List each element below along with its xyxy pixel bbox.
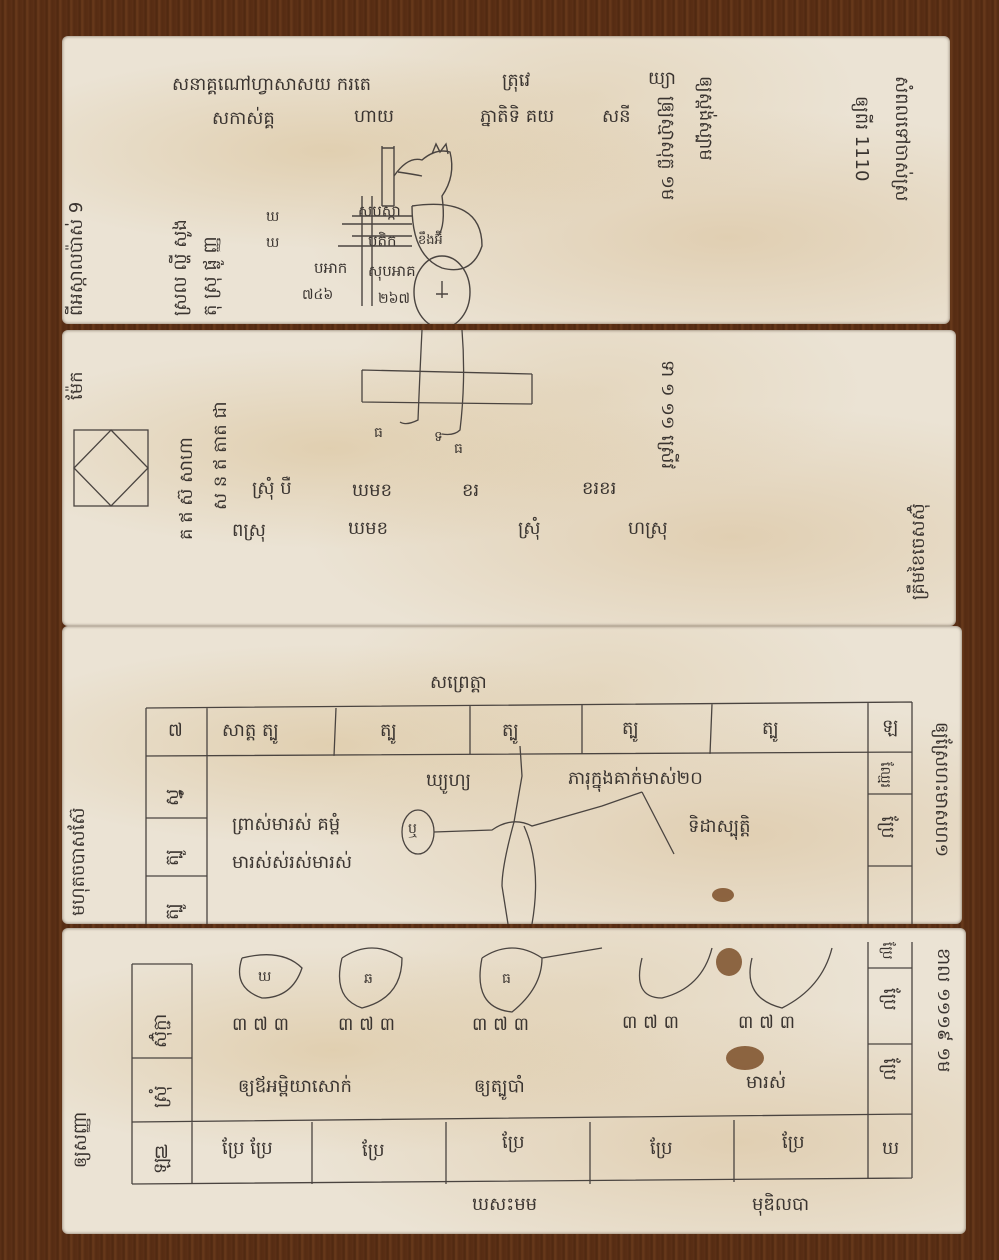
left-cell: ត្បូ xyxy=(164,826,182,866)
panel3-text1: ឃ្យូហ្យ xyxy=(426,772,471,790)
left-cell: ស្រុំ xyxy=(152,1068,170,1108)
right-cell: ប្រែ xyxy=(880,988,898,1028)
animal-label: ឆ xyxy=(364,972,373,986)
manuscript-panel-1: សនាគ្គណៅហ្វាសាសយ ករតេ ត្រុវេ យ្យា សកាស់គ… xyxy=(62,36,950,324)
right-cell: ប្រែ xyxy=(880,1058,898,1098)
panel4-text1: ឲ្យឪអម្ពិយាសោក់ xyxy=(238,1078,352,1096)
panel4-text2: ឲ្យត្បូបាំ xyxy=(474,1078,525,1096)
footer-cell: ៧ xyxy=(154,1144,169,1162)
right-cell: ប្រែ xyxy=(878,816,896,856)
left-cell: ស៊ុំក្ជា xyxy=(152,978,170,1048)
digit-row: ៣ ៧ ៣ xyxy=(622,1014,679,1032)
panel3-table-grid xyxy=(62,626,962,924)
header-cell: ត្បូ xyxy=(380,722,397,740)
manuscript-panel-2: ម៉ែក គ ឥ ស៊ សាហា ស ន ឥ តាត ជា ស្រុំ បឺ ឃ… xyxy=(62,330,956,626)
header-cell: ត្បូ xyxy=(622,720,639,738)
right-cell: ប្រែ xyxy=(880,942,894,966)
ink-stain xyxy=(726,1046,764,1070)
panel3-text4: មារស់ស់រស់មារស់ xyxy=(232,854,352,872)
footer-cell: ប្រែ xyxy=(362,1142,385,1160)
panel3-text5: ទិដាស្បុត្តិ xyxy=(688,818,751,836)
left-cell: សូ្វ xyxy=(164,766,182,806)
panel3-left-edge: មហុតចបាសស៊ែ xyxy=(70,716,88,916)
panel3-text3: ព្រាស់មារស់ គម្ពំ xyxy=(232,816,340,834)
digit-row: ៣ ៧ ៣ xyxy=(738,1014,795,1032)
diamond-diagram-icon xyxy=(62,330,956,626)
panel4-left-edge: ឲ្យសញ្ញា xyxy=(72,1068,90,1168)
figure-drawing-bird-man-icon xyxy=(62,36,950,324)
panel4-text3: មារស់ xyxy=(746,1074,786,1092)
header-cell: ឡ xyxy=(882,718,898,736)
panel3-text2: ភារុក្នុងគាក់មាស់២០ xyxy=(568,770,703,788)
panel3-right-edge: ឲ្យស្រែហះមាសហ១ xyxy=(932,722,950,912)
digit-row: ៣ ៧ ៣ xyxy=(338,1016,395,1034)
panel4-below1: ឃសះមម xyxy=(472,1196,537,1214)
footer-cell: ឃ xyxy=(882,1140,899,1158)
animal-label: ឃ xyxy=(258,970,271,984)
footer-cell: ប្រែ xyxy=(782,1134,805,1152)
left-cell: ត្បូ xyxy=(164,884,182,920)
header-cell: ត្បូ xyxy=(762,720,779,738)
footer-cell: ប្រែ ប្រែ xyxy=(222,1140,273,1158)
digit-row: ៣ ៧ ៣ xyxy=(472,1016,529,1034)
panel4-right-edge: ខាល ១១១៩ ១ម xyxy=(934,948,952,1128)
manuscript-panel-4: ឃ ឆ ធ ៣ ៧ ៣ ៣ ៧ ៣ ៣ ៧ ៣ ៣ ៧ ៣ ៣ ៧ ៣ ឲ្យឪ… xyxy=(62,928,966,1234)
ink-stain xyxy=(712,888,734,902)
header-cell: ត្បូ xyxy=(502,722,519,740)
shield-label: ឬ xyxy=(408,822,417,836)
footer-cell: ប្រែ xyxy=(650,1140,673,1158)
digit-row: ៣ ៧ ៣ xyxy=(232,1016,289,1034)
animal-label: ធ xyxy=(502,972,511,986)
header-cell: ៧ xyxy=(168,722,183,740)
header-cell: សាត្ត ត្បូ xyxy=(222,722,279,740)
footer-cell: ប្រែ xyxy=(502,1134,525,1152)
ink-stain xyxy=(716,948,742,976)
right-cell: ឈ្មែរ xyxy=(878,762,892,792)
panel4-below2: មុឌិលបា xyxy=(752,1196,809,1214)
manuscript-panel-3: សព្រេត្តា ៧ សាត្ត ត្បូ ត្បូ ត្បូ ត្បូ ត្… xyxy=(62,626,962,924)
